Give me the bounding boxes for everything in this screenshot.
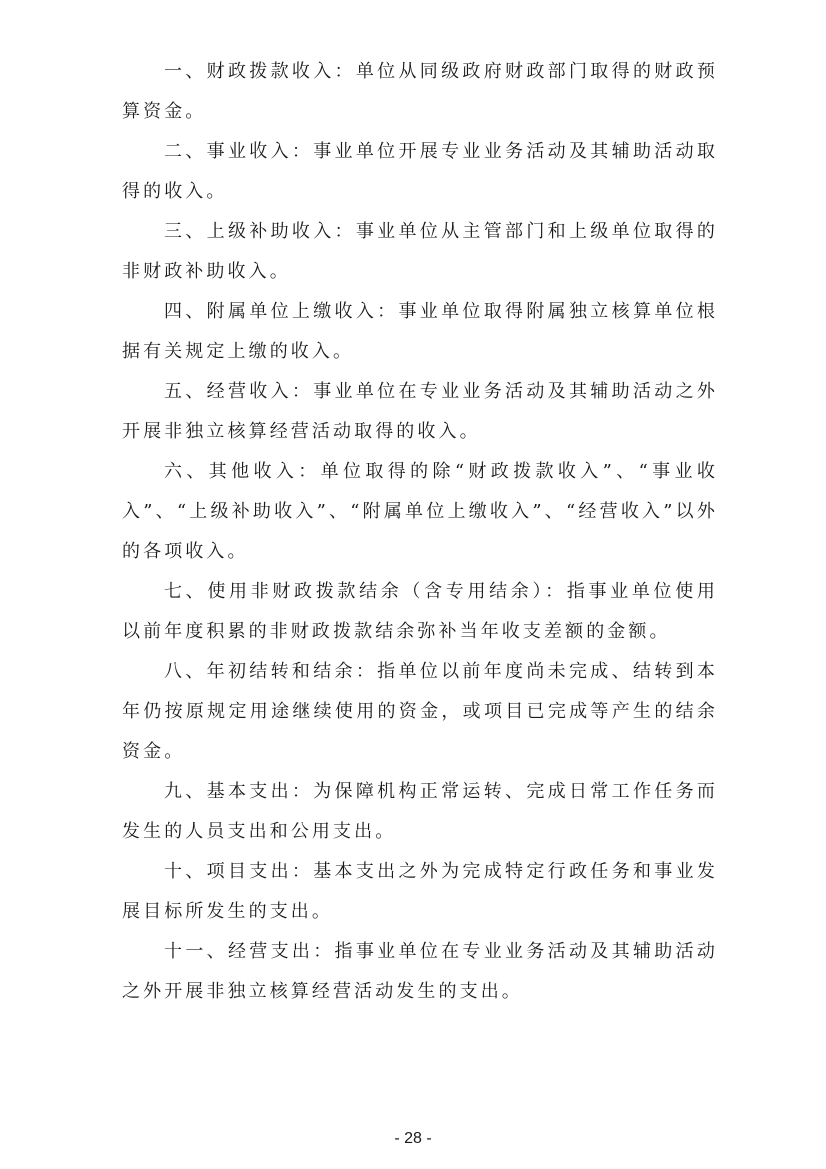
definition-other-income: 六、其他收入：单位取得的除“财政拨款收入”、“事业收入”、“上级补助收入”、“附… xyxy=(122,452,718,572)
definition-carryover-and-surplus: 八、年初结转和结余：指单位以前年度尚未完成、结转到本年仍按原规定用途继续使用的资… xyxy=(122,652,718,772)
definition-use-of-non-fiscal-surplus: 七、使用非财政拨款结余（含专用结余）：指事业单位使用以前年度积累的非财政拨款结余… xyxy=(122,572,718,652)
definition-superior-subsidy-income: 三、上级补助收入：事业单位从主管部门和上级单位取得的非财政补助收入。 xyxy=(122,212,718,292)
page-number: - 28 - xyxy=(0,1130,826,1148)
definition-business-income: 二、事业收入：事业单位开展专业业务活动及其辅助活动取得的收入。 xyxy=(122,132,718,212)
definition-operating-income: 五、经营收入：事业单位在专业业务活动及其辅助活动之外开展非独立核算经营活动取得的… xyxy=(122,372,718,452)
definition-basic-expenditure: 九、基本支出：为保障机构正常运转、完成日常工作任务而发生的人员支出和公用支出。 xyxy=(122,772,718,852)
definition-fiscal-appropriation-income: 一、财政拨款收入：单位从同级政府财政部门取得的财政预算资金。 xyxy=(122,52,718,132)
definition-project-expenditure: 十、项目支出：基本支出之外为完成特定行政任务和事业发展目标所发生的支出。 xyxy=(122,852,718,932)
definition-operating-expenditure: 十一、经营支出：指事业单位在专业业务活动及其辅助活动之外开展非独立核算经营活动发… xyxy=(122,932,718,1012)
document-body: 一、财政拨款收入：单位从同级政府财政部门取得的财政预算资金。 二、事业收入：事业… xyxy=(122,52,718,1012)
definition-affiliated-unit-remittance-income: 四、附属单位上缴收入：事业单位取得附属独立核算单位根据有关规定上缴的收入。 xyxy=(122,292,718,372)
